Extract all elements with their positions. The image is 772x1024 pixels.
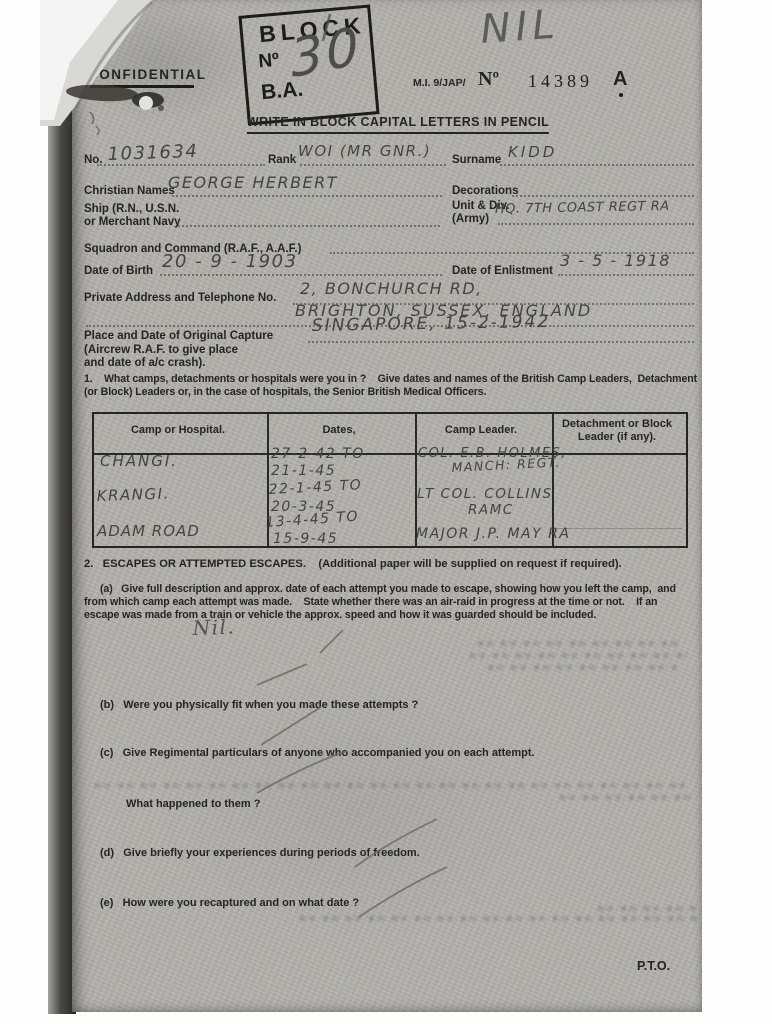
- no-value: 1031634: [107, 143, 198, 164]
- bleedthrough-text: [560, 795, 690, 800]
- dotted-line-ship: [178, 225, 440, 227]
- question-2e: (e) How were you recaptured and on what …: [100, 897, 359, 910]
- table-faint-row-line: [556, 528, 682, 529]
- address-label: Private Address and Telephone No.: [84, 292, 276, 306]
- ship-label-2: or Merchant Navy: [84, 216, 181, 230]
- enlistment-value: 3 - 5 - 1918: [560, 253, 671, 269]
- table-row-camp: CHANGI.: [100, 454, 178, 469]
- christian-names-label: Christian Names: [84, 185, 175, 199]
- question-2a-answer: Nil.: [192, 617, 235, 638]
- table-header-separator: [94, 453, 686, 455]
- dotted-line-decorations: [512, 195, 694, 197]
- table-header-camp: Camp or Hospital.: [131, 424, 225, 436]
- dotted-line-capture: [308, 341, 694, 343]
- rank-value: WOI (MR GNR.): [298, 144, 431, 159]
- serial-no-label: Nº: [478, 67, 499, 91]
- question-2c: (c) Give Regimental particulars of anyon…: [100, 747, 535, 760]
- rank-label: Rank: [268, 154, 296, 168]
- question-2a-line-1: (a) Give full description and approx. da…: [100, 583, 676, 596]
- table-row-leader: LT COL. COLLINS: [417, 488, 553, 502]
- dotted-line-unit: [498, 223, 694, 225]
- table-header-detachment-1: Detachment or Block: [562, 418, 672, 430]
- dotted-line-surname: [500, 164, 694, 166]
- nil-annotation: NIL: [479, 5, 561, 50]
- christian-names-value: GEORGE HERBERT: [168, 175, 338, 191]
- table-row-camp: KRANGI.: [96, 486, 170, 504]
- capture-label-1: Place and Date of Original Capture: [84, 330, 273, 344]
- bleedthrough-text: [300, 916, 700, 921]
- bleedthrough-text: [598, 906, 698, 911]
- question-2b: (b) Were you physically fit when you mad…: [100, 699, 418, 712]
- question-2-heading: 2. ESCAPES OR ATTEMPTED ESCAPES. (Additi…: [84, 558, 622, 571]
- serial-prefix: M.I. 9/JAP/: [413, 77, 466, 90]
- scanned-pow-questionnaire: CONFIDENTIAL BLOCK Nº B.A. 30 NIL M.I. 9…: [0, 0, 772, 1024]
- dotted-line-christian: [172, 195, 442, 197]
- table-header-dates: Dates,: [322, 424, 355, 436]
- question-2d: (d) Give briefly your experiences during…: [100, 847, 420, 860]
- capture-label-3: and date of a/c crash).: [84, 357, 205, 371]
- bleedthrough-text: [478, 641, 683, 646]
- question-2c-followup: What happened to them ?: [126, 798, 260, 811]
- table-row-dates: 21-1-45: [271, 464, 336, 478]
- question-2a-line-3: escape was made from a train or vehicle …: [84, 609, 596, 622]
- confidential-underline: [66, 85, 194, 88]
- dob-value: 20 - 9 - 1903: [162, 253, 298, 271]
- enlistment-label: Date of Enlistment: [452, 265, 553, 279]
- surname-label: Surname: [452, 154, 501, 168]
- dotted-line-enlistment: [558, 274, 694, 276]
- table-row-dates: 15-9-45: [273, 532, 338, 546]
- table-header-detachment-2: Leader (if any).: [578, 431, 656, 443]
- pto-note: P.T.O.: [637, 959, 670, 974]
- serial-suffix: A: [613, 67, 627, 91]
- bleedthrough-text: [488, 665, 680, 670]
- confidential-stamp: CONFIDENTIAL: [88, 67, 207, 83]
- surname-value: KIDD: [508, 145, 557, 160]
- address-value-1: 2, BONCHURCH RD,: [300, 281, 483, 297]
- dob-label: Date of Birth: [84, 265, 153, 279]
- dotted-line-rank: [300, 164, 446, 166]
- stamp-no-label: Nº: [258, 50, 281, 74]
- capture-value: SINGAPORE, 15-2-1942: [312, 314, 551, 335]
- table-row-camp: ADAM ROAD: [97, 524, 200, 539]
- ship-label-1: Ship (R.N., U.S.N.: [84, 203, 179, 217]
- table-row-leader: MAJOR J.P. MAY RA: [416, 527, 570, 541]
- form-instruction: WRITE IN BLOCK CAPITAL LETTERS IN PENCIL: [247, 115, 549, 134]
- decorations-label: Decorations: [452, 185, 518, 199]
- stamp-number-handwritten: 30: [288, 20, 363, 86]
- bleedthrough-text: [470, 653, 688, 658]
- table-header-leader: Camp Leader.: [445, 424, 517, 436]
- serial-number: 14389: [528, 71, 593, 93]
- question-1-line-2: (or Block) Leaders or, in the case of ho…: [84, 386, 486, 399]
- question-1-line-1: 1. What camps, detachments or hospitals …: [84, 373, 697, 386]
- dotted-line-dob: [160, 274, 442, 276]
- question-2a-line-2: from which camp each attempt was made. S…: [84, 596, 657, 609]
- bleedthrough-text: [95, 783, 690, 788]
- table-row-dates: 27-2-42 TO: [271, 447, 365, 461]
- capture-label-2: (Aircrew R.A.F. to give place: [84, 344, 238, 358]
- unit-div-value: HQ. 7TH COAST REGT RA: [495, 200, 670, 216]
- table-row-leader: RAMC: [468, 504, 514, 518]
- unit-div-label-2: (Army): [452, 213, 489, 227]
